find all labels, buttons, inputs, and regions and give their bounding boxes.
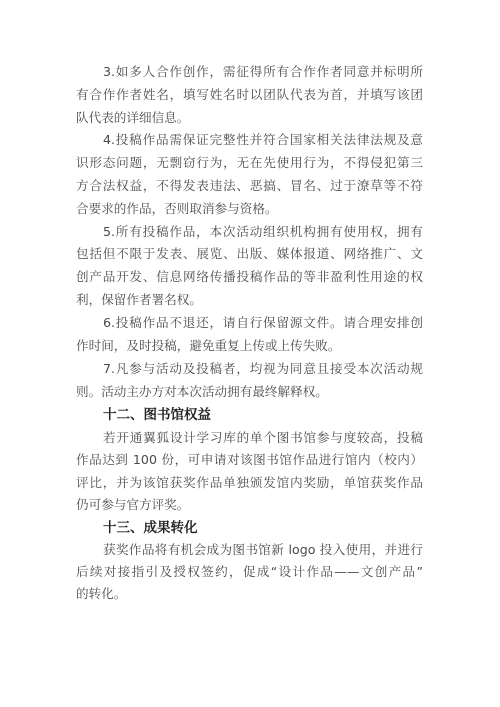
paragraph-5-line-2: 包括但不限于发表、展览、出版、媒体报道、网络推广、文 <box>76 244 423 264</box>
paragraph-3-line-3: 队代表的详细信息。 <box>76 108 423 128</box>
outcome-paragraph-line-3: 的转化。 <box>76 584 423 604</box>
paragraph-6-line-2: 作时间，及时投稿，避免重复上传或上传失败。 <box>76 336 423 356</box>
paragraph-4-line-1: 4.投稿作品需保证完整性并符合国家相关法律法规及意 <box>103 130 423 150</box>
library-paragraph-line-3: 评比，并为该馆获奖作品单独颁发馆内奖励，单馆获奖作品 <box>76 473 423 493</box>
paragraph-7-line-2: 则。活动主办方对本次活动拥有最终解释权。 <box>76 382 423 402</box>
document-page: 3.如多人合作创作，需征得所有合作作者同意并标明所 有合作作者姓名，填写姓名时以… <box>0 0 500 707</box>
library-paragraph-line-1: 若开通翼狐设计学习库的单个图书馆参与度较高，投稿 <box>103 428 423 448</box>
paragraph-4-line-2: 识形态问题，无剽窃行为，无在先使用行为，不得侵犯第三 <box>76 153 423 173</box>
paragraph-3-line-1: 3.如多人合作创作，需征得所有合作作者同意并标明所 <box>103 62 423 82</box>
paragraph-4-line-4: 合要求的作品，否则取消参与资格。 <box>76 199 423 219</box>
paragraph-5-line-4: 利，保留作者署名权。 <box>76 290 423 310</box>
paragraph-4-line-3: 方合法权益，不得发表违法、恶搞、冒名、过于潦草等不符 <box>76 176 423 196</box>
outcome-paragraph-line-1: 获奖作品将有机会成为图书馆新 logo 投入使用，并进行 <box>103 540 423 560</box>
section-heading-outcome-conversion: 十三、成果转化 <box>103 518 198 538</box>
outcome-paragraph-line-2: 后续对接指引及授权签约，促成“设计作品——文创产品” <box>76 562 423 582</box>
paragraph-5-line-1: 5.所有投稿作品，本次活动组织机构拥有使用权，拥有 <box>103 222 423 242</box>
library-paragraph-line-2: 作品达到 100 份，可申请对该图书馆作品进行馆内（校内） <box>76 450 423 470</box>
paragraph-3-line-2: 有合作作者姓名，填写姓名时以团队代表为首，并填写该团 <box>76 85 423 105</box>
paragraph-5-line-3: 创产品开发、信息网络传播投稿作品的等非盈利性用途的权 <box>76 267 423 287</box>
paragraph-6-line-1: 6.投稿作品不退还，请自行保留源文件。请合理安排创 <box>103 313 423 333</box>
paragraph-7-line-1: 7.凡参与活动及投稿者，均视为同意且接受本次活动规 <box>103 359 423 379</box>
section-heading-library-benefits: 十二、图书馆权益 <box>103 405 211 425</box>
library-paragraph-line-4: 仍可参与官方评奖。 <box>76 495 423 515</box>
